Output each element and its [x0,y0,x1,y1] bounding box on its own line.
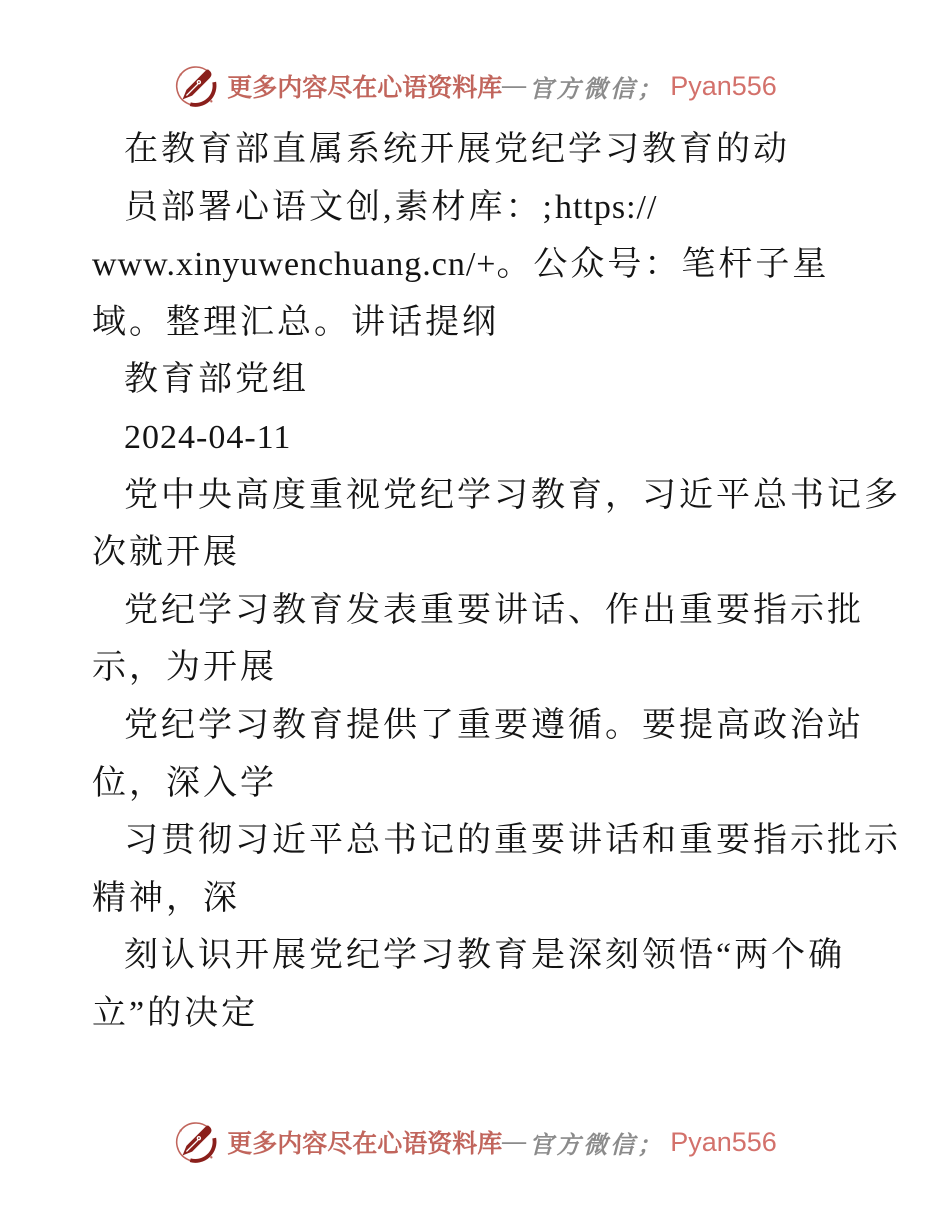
text-segment: 示，为开展 [92,649,277,686]
text-segment: 立”的决定 [92,995,258,1032]
text-segment: 员部署心语文创,素材库：; [124,189,555,226]
text-line: 教育部党组 [92,351,890,409]
header-watermark: 更多内容尽在心语资料库 — 官方微信； Pyan556 [0,60,950,112]
text-line: 示，为开展 [92,639,890,697]
text-line: 次就开展 [92,524,890,582]
text-line: 位，深入学 [92,755,890,813]
watermark-site-text: 更多内容尽在心语资料库 [227,1124,502,1160]
footer-watermark: 更多内容尽在心语资料库 — 官方微信； Pyan556 [0,1116,950,1168]
text-line: 党纪学习教育发表重要讲话、作出重要指示批 [92,582,890,640]
text-line: 员部署心语文创,素材库：;https:// [92,179,890,237]
watermark-dash: — [502,1129,529,1156]
text-line: 立”的决定 [92,985,890,1043]
text-line: 党中央高度重视党纪学习教育，习近平总书记多 [92,467,890,525]
pen-circle-logo-icon [173,63,219,109]
text-segment: 习贯彻习近平总书记的重要讲话和重要指示批示 [124,822,901,859]
text-segment: 2024-04-11 [124,419,291,456]
watermark-wechat-id: Pyan556 [670,1127,777,1158]
text-line: 习贯彻习近平总书记的重要讲话和重要指示批示 [92,812,890,870]
text-line: 域。整理汇总。讲话提纲 [92,294,890,352]
text-segment: 次就开展 [92,534,240,571]
text-segment: www.xinyuwenchuang.cn/+ [92,246,496,283]
watermark-channel-text: 官方微信； [529,69,664,104]
watermark-wechat-id: Pyan556 [670,71,777,102]
pen-circle-logo-icon [173,1119,219,1165]
text-segment: 教育部党组 [124,361,309,398]
watermark-channel-text: 官方微信； [529,1125,664,1160]
text-segment: 刻认识开展党纪学习教育是深刻领悟“两个确 [124,937,845,974]
text-segment: 党中央高度重视党纪学习教育，习近平总书记多 [124,477,901,514]
text-segment: 在教育部直属系统开展党纪学习教育的动 [124,131,790,168]
text-segment: 域。整理汇总。讲话提纲 [92,304,499,341]
text-segment: 精神，深 [92,880,240,917]
text-line: www.xinyuwenchuang.cn/+。公众号：笔杆子星 [92,236,890,294]
watermark-site-text: 更多内容尽在心语资料库 [227,68,502,104]
text-line: 2024-04-11 [92,409,890,467]
document-page: 更多内容尽在心语资料库 — 官方微信； Pyan556 在教育部直属系统开展党纪… [0,0,950,1230]
text-line: 党纪学习教育提供了重要遵循。要提高政治站 [92,697,890,755]
text-segment: 位，深入学 [92,765,277,802]
text-segment: 。公众号：笔杆子星 [496,246,829,283]
text-line: 刻认识开展党纪学习教育是深刻领悟“两个确 [92,927,890,985]
document-body: 在教育部直属系统开展党纪学习教育的动员部署心语文创,素材库：;https://w… [92,121,890,1043]
text-segment: 党纪学习教育发表重要讲话、作出重要指示批 [124,592,864,629]
text-segment: https:// [555,189,657,226]
watermark-dash: — [502,73,529,100]
text-line: 在教育部直属系统开展党纪学习教育的动 [92,121,890,179]
text-segment: 党纪学习教育提供了重要遵循。要提高政治站 [124,707,864,744]
text-line: 精神，深 [92,870,890,928]
